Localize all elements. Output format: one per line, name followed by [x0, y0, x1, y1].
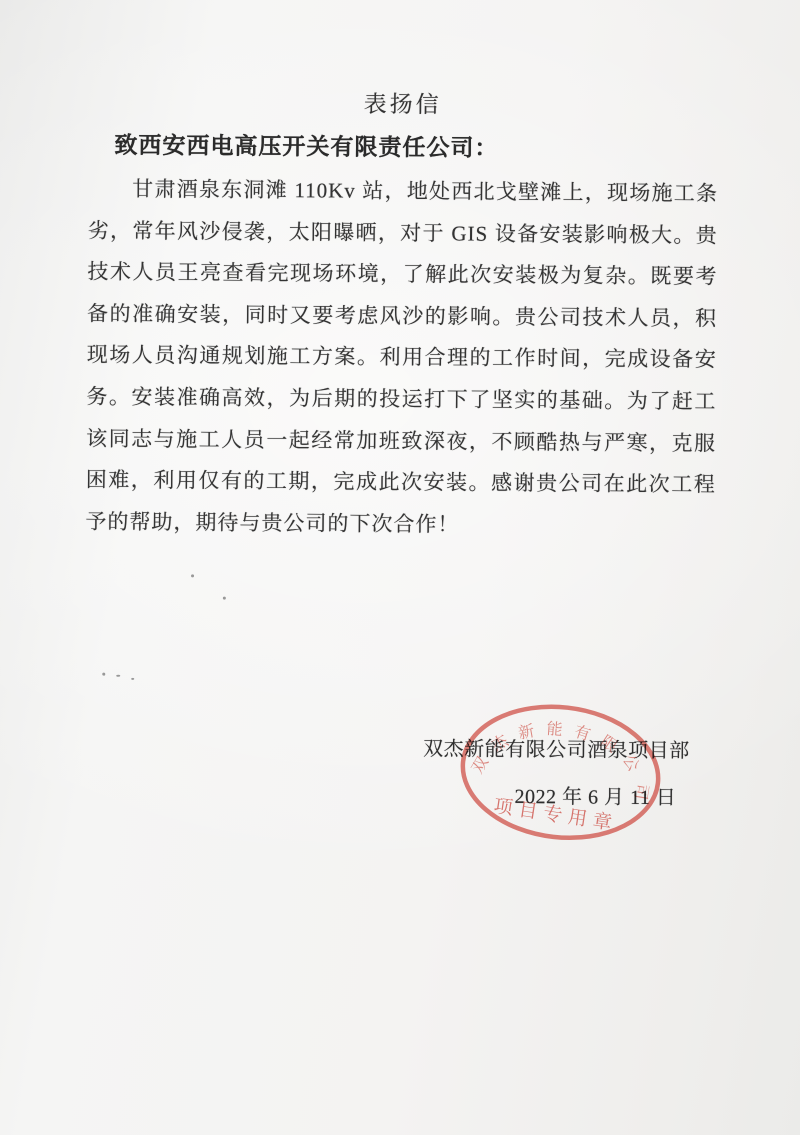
scan-speck: [102, 673, 105, 676]
scanned-letter-page: 表扬信 致西安西电高压开关有限责任公司： 甘肃酒泉东洞滩 110Kv 站，地处西…: [0, 0, 800, 1135]
letter-title: 表扬信: [3, 83, 800, 122]
body-line: 甘肃酒泉东洞滩 110Kv 站，地处西北戈壁滩上，现场施工条件恶: [88, 169, 718, 216]
body-line: 困难，利用仅有的工期，完成此次安装。感谢贵公司在此次工程中给: [86, 460, 716, 507]
body-line: 该同志与施工人员一起经常加班致深夜，不顾酷热与严寒，克服种种: [86, 418, 716, 465]
body-line: 现场人员沟通规划施工方案。利用合理的工作时间，完成设备安装任: [87, 335, 717, 382]
stamp-bottom-text: 项目专用章: [492, 795, 619, 835]
scan-speck: [116, 675, 120, 677]
body-line: 技术人员王亮查看完现场环境，了解此次安装极为复杂。既要考虑设: [87, 252, 717, 299]
scan-speck: [131, 678, 134, 680]
letter-content: 表扬信 致西安西电高压开关有限责任公司： 甘肃酒泉东洞滩 110Kv 站，地处西…: [0, 0, 800, 1135]
scan-speck: [223, 597, 226, 600]
letter-body: 甘肃酒泉东洞滩 110Kv 站，地处西北戈壁滩上，现场施工条件恶 劣，常年风沙侵…: [85, 169, 718, 548]
letter-salutation: 致西安西电高压开关有限责任公司：: [114, 127, 498, 163]
body-line: 备的准确安装，同时又要考虑风沙的影响。贵公司技术人员，积极与: [87, 293, 717, 340]
body-line: 务。安装准确高效，为后期的投运打下了坚实的基础。为了赶工期，: [86, 377, 716, 424]
red-oval-stamp: 双杰新能有限公司 项目专用章: [453, 694, 668, 850]
body-line: 予的帮助，期待与贵公司的下次合作！: [85, 501, 715, 548]
body-line: 劣，常年风沙侵袭，太阳曝晒，对于 GIS 设备安装影响极大。贵公司: [88, 210, 718, 257]
scan-speck: [191, 574, 194, 577]
